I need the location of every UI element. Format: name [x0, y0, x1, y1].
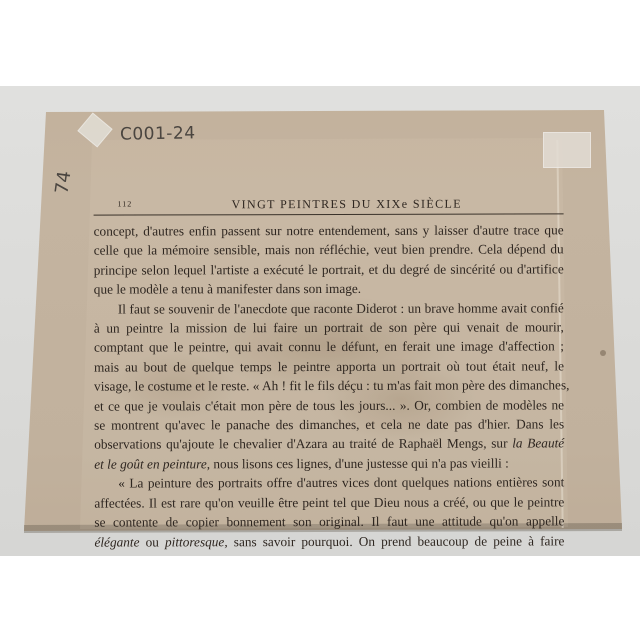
text-line: et ce que je voulais c'était mon père de… [94, 395, 564, 416]
book-page: 112 VINGT PEINTRES DU XIXe SIÈCLE concep… [94, 195, 565, 551]
text-line: affectées. Il est rare qu'on veuille êtr… [94, 492, 564, 513]
text-line: « La peinture des portraits offre d'autr… [94, 473, 564, 494]
running-header: 112 VINGT PEINTRES DU XIXe SIÈCLE [94, 195, 564, 215]
text-line: visage, le costume et le reste. « Ah ! f… [94, 376, 564, 397]
text-line: se montrent qu'avec le panache des diman… [94, 414, 564, 435]
text-line: comptant que le peintre, qui avait connu… [94, 337, 564, 358]
photo-bottom-margin [0, 556, 640, 640]
text-line: que le modèle a tenu à manifester dans s… [94, 279, 564, 300]
text-line: à un peintre la mission de lui faire un … [94, 317, 564, 338]
text-line: Il faut se souvenir de l'anecdote que ra… [94, 298, 564, 319]
text-line: principe selon lequel l'artiste a exécut… [94, 259, 564, 280]
text-line: observations qu'ajoute le chevalier d'Az… [94, 434, 564, 455]
page-number: 112 [118, 200, 133, 209]
text-line: celle que la mémoire sensible, mais non … [94, 240, 564, 261]
text-line: mais au bout de quelque temps le peintre… [94, 356, 564, 377]
handwritten-catalog-note: C001-24 [120, 123, 196, 144]
text-line: élégante ou pittoresque, sans savoir pou… [94, 531, 564, 552]
handwritten-side-number: 74 [51, 170, 75, 196]
stain-spot [600, 350, 606, 356]
tape-piece-top-right [543, 132, 591, 168]
running-title: VINGT PEINTRES DU XIXe SIÈCLE [232, 197, 462, 213]
text-line: concept, d'autres enfin passent sur notr… [94, 220, 564, 241]
text-line: et le goût en peinture, nous lisons ces … [94, 453, 564, 474]
text-line: se contente de copier bonnement son orig… [94, 511, 564, 532]
body-text: concept, d'autres enfin passent sur notr… [94, 220, 565, 551]
